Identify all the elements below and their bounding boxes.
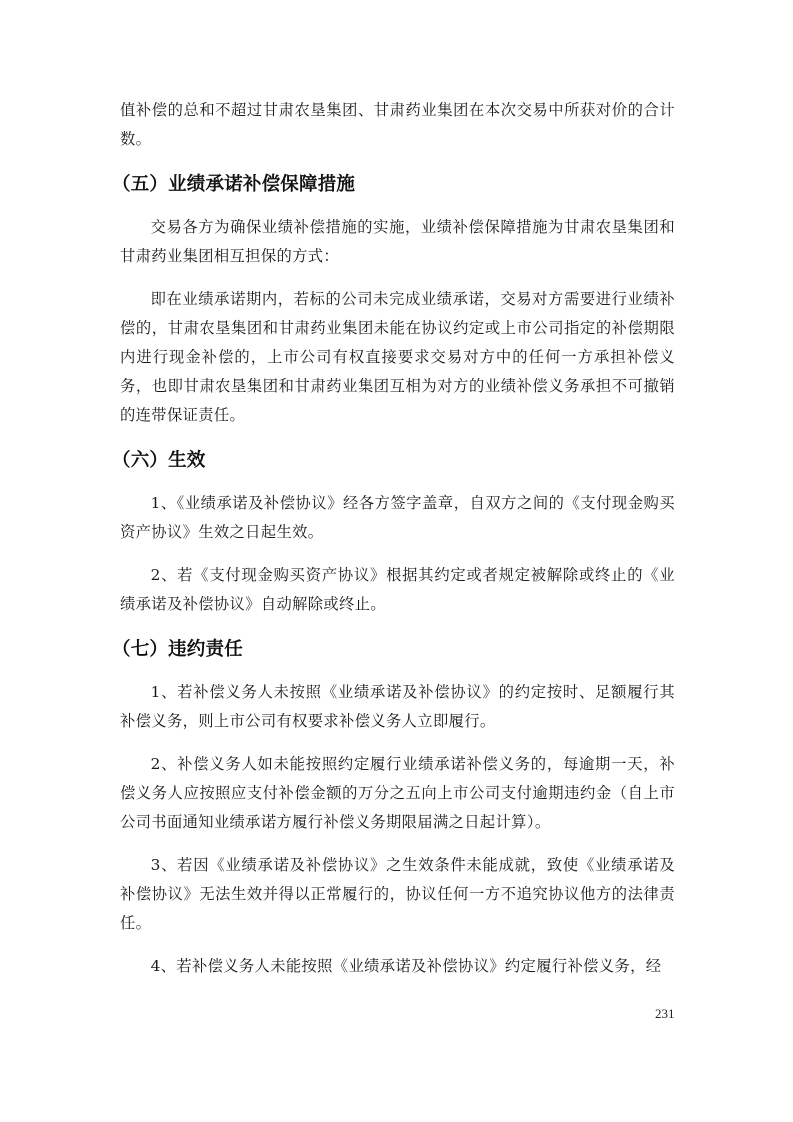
page-number: 231: [655, 1006, 675, 1022]
spacer: [120, 619, 675, 636]
spacer: [120, 199, 675, 213]
section-heading-7: （七）违约责任: [112, 636, 675, 664]
paragraph: 1、《业绩承诺及补偿协议》经各方签字盖章，自双方之间的《支付现金购买资产协议》生…: [120, 489, 675, 547]
paragraph: 3、若因《业绩承诺及补偿协议》之生效条件未能成就，致使《业绩承诺及补偿协议》无法…: [120, 851, 675, 938]
section-heading-6: （六）生效: [112, 447, 675, 475]
spacer: [120, 430, 675, 447]
spacer: [120, 547, 675, 561]
spacer: [120, 938, 675, 952]
paragraph: 4、若补偿义务人未能按照《业绩承诺及补偿协议》约定履行补偿义务，经: [120, 952, 675, 981]
spacer: [120, 736, 675, 750]
spacer: [120, 154, 675, 171]
spacer: [120, 271, 675, 285]
spacer: [120, 475, 675, 489]
paragraph: 交易各方为确保业绩补偿措施的实施，业绩补偿保障措施为甘肃农垦集团和甘肃药业集团相…: [120, 213, 675, 271]
paragraph-continuation: 值补偿的总和不超过甘肃农垦集团、甘肃药业集团在本次交易中所获对价的合计数。: [120, 96, 675, 154]
spacer: [120, 664, 675, 678]
paragraph: 2、若《支付现金购买资产协议》根据其约定或者规定被解除或终止的《业绩承诺及补偿协…: [120, 561, 675, 619]
section-heading-5: （五）业绩承诺补偿保障措施: [112, 171, 675, 199]
paragraph: 1、若补偿义务人未按照《业绩承诺及补偿协议》的约定按时、足额履行其补偿义务，则上…: [120, 678, 675, 736]
spacer: [120, 837, 675, 851]
paragraph: 即在业绩承诺期内，若标的公司未完成业绩承诺，交易对方需要进行业绩补偿的，甘肃农垦…: [120, 285, 675, 430]
paragraph: 2、补偿义务人如未能按照约定履行业绩承诺补偿义务的，每逾期一天，补偿义务人应按照…: [120, 750, 675, 837]
document-page: 值补偿的总和不超过甘肃农垦集团、甘肃药业集团在本次交易中所获对价的合计数。 （五…: [120, 96, 675, 981]
